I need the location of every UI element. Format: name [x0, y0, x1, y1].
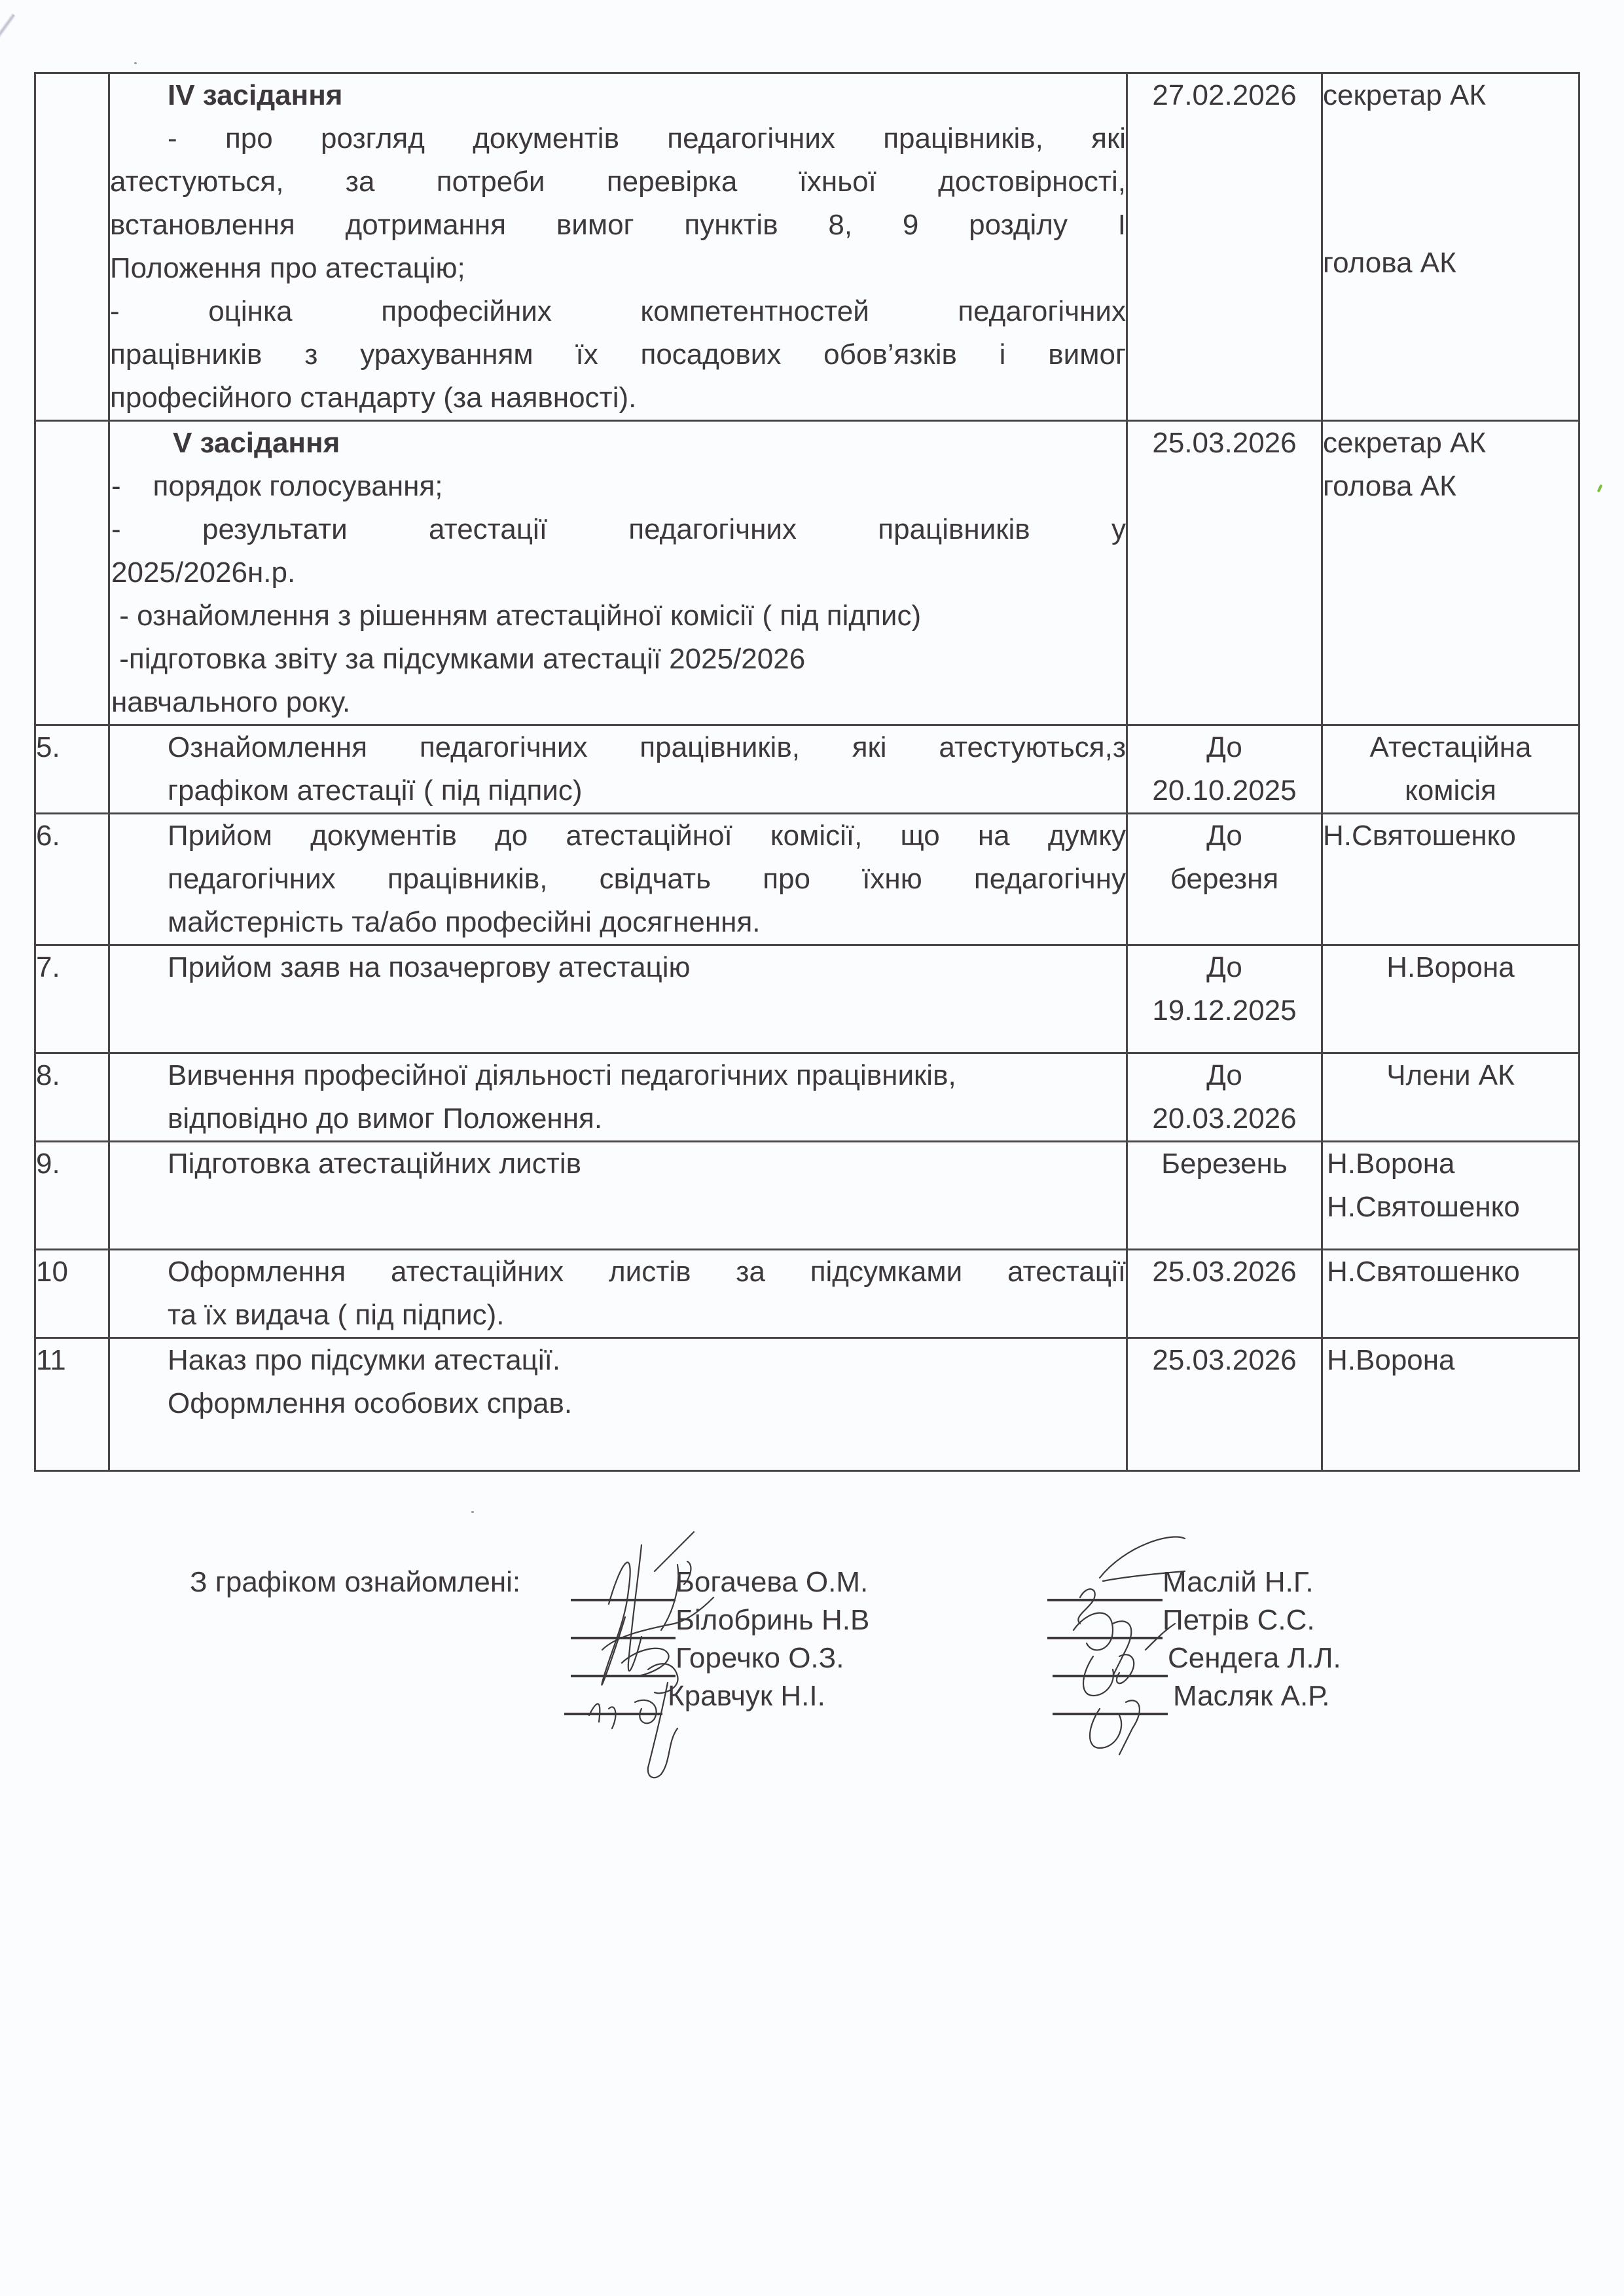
responsible-cell: секретар АК голова АК	[1322, 421, 1579, 725]
row-number: 5.	[35, 725, 109, 814]
signatory-name: Горечко О.З.	[676, 1639, 844, 1677]
date-cell: До березня	[1127, 814, 1322, 945]
task-line: професійного стандарту (за наявності).	[110, 376, 1126, 420]
signature-row: Масляк А.Р.	[1047, 1677, 1341, 1715]
signature-line	[1053, 1685, 1168, 1715]
meeting-title: IV засідання	[110, 74, 1126, 117]
signature-line	[564, 1685, 662, 1715]
responsible-name: комісія	[1323, 769, 1578, 812]
date-value: 25.03.2026	[1128, 1250, 1321, 1294]
task-line: Ознайомлення педагогічних працівників, я…	[110, 726, 1126, 769]
task-line: встановлення дотримання вимог пунктів 8,…	[110, 204, 1126, 247]
task-line: педагогічних працівників, свідчать про ї…	[110, 858, 1126, 901]
responsible-name: Н.Ворона	[1327, 1142, 1578, 1186]
signatory-name: Петрів С.С.	[1163, 1601, 1315, 1639]
row-number: 7.	[35, 945, 109, 1053]
date-value: До	[1128, 726, 1321, 769]
task-line: графіком атестації ( під підпис)	[110, 769, 1126, 812]
signature-line	[1047, 1609, 1163, 1639]
ink-mark	[1597, 484, 1603, 493]
date-value: 20.10.2025	[1128, 769, 1321, 812]
responsible-name: Н.Святошенко	[1327, 1186, 1578, 1229]
responsible-name: голова АК	[1323, 242, 1578, 285]
task-line: Прийом заяв на позачергову атестацію	[110, 946, 1126, 989]
signature-row: Богачева О.М.	[571, 1563, 869, 1601]
date-cell: 27.02.2026	[1127, 73, 1322, 421]
signature-row: Сендега Л.Л.	[1047, 1639, 1341, 1677]
signature-line	[571, 1647, 676, 1677]
task-cell: Вивчення професійної діяльності педагогі…	[109, 1053, 1127, 1142]
signatory-name: Богачева О.М.	[676, 1563, 868, 1601]
date-value: 27.02.2026	[1128, 74, 1321, 117]
date-value: До	[1128, 946, 1321, 989]
row-number: 6.	[35, 814, 109, 945]
signatures-left: Богачева О.М. Білобринь Н.В Горечко О.З.…	[571, 1563, 869, 1715]
signatory-name: Кравчук Н.І.	[668, 1677, 825, 1715]
responsible-name: секретар АК	[1323, 422, 1578, 465]
date-value: 25.03.2026	[1128, 422, 1321, 465]
signature-row: Петрів С.С.	[1047, 1601, 1341, 1639]
responsible-name: Н.Ворона	[1327, 1339, 1578, 1382]
task-line: Вивчення професійної діяльності педагогі…	[110, 1054, 1126, 1097]
task-line: майстерність та/або професійні досягненн…	[110, 901, 1126, 944]
task-cell: V засідання - порядок голосування; - рез…	[109, 421, 1127, 725]
acknowledgement-label: З графіком ознайомлені:	[190, 1563, 520, 1601]
task-cell: Ознайомлення педагогічних працівників, я…	[109, 725, 1127, 814]
task-cell: Оформлення атестаційних листів за підсум…	[109, 1250, 1127, 1338]
date-cell: До 20.10.2025	[1127, 725, 1322, 814]
date-value: березня	[1128, 858, 1321, 901]
signature-line	[571, 1571, 676, 1601]
responsible-name: Атестаційна	[1323, 726, 1578, 769]
table-row: 8. Вивчення професійної діяльності педаг…	[35, 1053, 1579, 1142]
date-value: Березень	[1128, 1142, 1321, 1186]
date-value: 25.03.2026	[1128, 1339, 1321, 1382]
row-number	[35, 73, 109, 421]
responsible-name: Члени АК	[1323, 1054, 1578, 1097]
meeting-title: V засідання	[111, 422, 1126, 465]
task-line: та їх видача ( під підпис).	[110, 1294, 1126, 1337]
task-line: Підготовка атестаційних листів	[110, 1142, 1126, 1186]
task-line: Оформлення особових справ.	[110, 1382, 1126, 1425]
task-cell: IV засідання - про розгляд документів пе…	[109, 73, 1127, 421]
task-cell: Прийом документів до атестаційної комісі…	[109, 814, 1127, 945]
task-line: Наказ про підсумки атестації.	[110, 1339, 1126, 1382]
signature-line	[1053, 1647, 1168, 1677]
attestation-plan-table: IV засідання - про розгляд документів пе…	[34, 72, 1580, 1472]
scan-speck	[471, 1511, 474, 1513]
task-line: - ознайомлення з рішенням атестаційної к…	[111, 594, 1126, 638]
responsible-name: Н.Святошенко	[1323, 814, 1578, 858]
signatory-name: Сендега Л.Л.	[1168, 1639, 1341, 1677]
signature-line	[1047, 1571, 1163, 1601]
date-cell: 25.03.2026	[1127, 421, 1322, 725]
task-line: 2025/2026н.р.	[111, 551, 1126, 594]
signatory-name: Маслій Н.Г.	[1163, 1563, 1314, 1601]
task-line: Оформлення атестаційних листів за підсум…	[110, 1250, 1126, 1294]
row-number	[35, 421, 109, 725]
signature-line	[571, 1609, 676, 1639]
table-row: 9. Підготовка атестаційних листів Березе…	[35, 1142, 1579, 1250]
responsible-cell: Н.Святошенко	[1322, 814, 1579, 945]
task-line: - результати атестації педагогічних прац…	[111, 508, 1126, 551]
responsible-cell: секретар АК голова АК	[1322, 73, 1579, 421]
paper-fold-mark	[0, 13, 16, 175]
table-row: 6. Прийом документів до атестаційної ком…	[35, 814, 1579, 945]
signature-row: Маслій Н.Г.	[1047, 1563, 1341, 1601]
responsible-cell: Н.Ворона	[1322, 1338, 1579, 1471]
table-row: V засідання - порядок голосування; - рез…	[35, 421, 1579, 725]
responsible-cell: Н.Ворона	[1322, 945, 1579, 1053]
table-row: 11 Наказ про підсумки атестації. Оформле…	[35, 1338, 1579, 1471]
row-number: 8.	[35, 1053, 109, 1142]
task-line: -підготовка звіту за підсумками атестаці…	[111, 638, 1126, 681]
task-line: - оцінка професійних компетентностей пед…	[110, 290, 1126, 333]
date-value: 19.12.2025	[1128, 989, 1321, 1032]
task-line: навчального року.	[111, 681, 1126, 724]
date-cell: 25.03.2026	[1127, 1338, 1322, 1471]
date-cell: До 19.12.2025	[1127, 945, 1322, 1053]
responsible-name: Н.Ворона	[1323, 946, 1578, 989]
task-line: атестуються, за потреби перевірка їхньої…	[110, 160, 1126, 204]
task-line: - порядок голосування;	[111, 465, 1126, 508]
table-row: 5. Ознайомлення педагогічних працівників…	[35, 725, 1579, 814]
responsible-name: Н.Святошенко	[1327, 1250, 1578, 1294]
responsible-cell: Атестаційна комісія	[1322, 725, 1579, 814]
task-line: працівників з урахуванням їх посадових о…	[110, 333, 1126, 376]
date-value: До	[1128, 1054, 1321, 1097]
signatory-name: Масляк А.Р.	[1173, 1677, 1329, 1715]
scan-speck	[134, 62, 137, 64]
task-line: - про розгляд документів педагогічних пр…	[110, 117, 1126, 160]
responsible-cell: Н.Ворона Н.Святошенко	[1322, 1142, 1579, 1250]
date-cell: До 20.03.2026	[1127, 1053, 1322, 1142]
task-cell: Наказ про підсумки атестації. Оформлення…	[109, 1338, 1127, 1471]
responsible-cell: Члени АК	[1322, 1053, 1579, 1142]
date-value: До	[1128, 814, 1321, 858]
responsible-name: секретар АК	[1323, 74, 1578, 117]
acknowledgement-section: З графіком ознайомлені: Богачева О.М. Бі…	[0, 1532, 1624, 1794]
row-number: 9.	[35, 1142, 109, 1250]
row-number: 10	[35, 1250, 109, 1338]
table-row: IV засідання - про розгляд документів пе…	[35, 73, 1579, 421]
date-value: 20.03.2026	[1128, 1097, 1321, 1140]
task-line: Положення про атестацію;	[110, 247, 1126, 290]
date-cell: 25.03.2026	[1127, 1250, 1322, 1338]
signature-row: Білобринь Н.В	[571, 1601, 869, 1639]
table-row: 10 Оформлення атестаційних листів за під…	[35, 1250, 1579, 1338]
signatures-right: Маслій Н.Г. Петрів С.С. Сендега Л.Л. Мас…	[1047, 1563, 1341, 1715]
table-row: 7. Прийом заяв на позачергову атестацію …	[35, 945, 1579, 1053]
task-cell: Підготовка атестаційних листів	[109, 1142, 1127, 1250]
row-number: 11	[35, 1338, 109, 1471]
signature-row: Горечко О.З.	[571, 1639, 869, 1677]
responsible-name: голова АК	[1323, 465, 1578, 508]
signatory-name: Білобринь Н.В	[676, 1601, 869, 1639]
signature-row: Кравчук Н.І.	[571, 1677, 869, 1715]
task-line: відповідно до вимог Положення.	[110, 1097, 1126, 1140]
task-cell: Прийом заяв на позачергову атестацію	[109, 945, 1127, 1053]
date-cell: Березень	[1127, 1142, 1322, 1250]
responsible-cell: Н.Святошенко	[1322, 1250, 1579, 1338]
task-line: Прийом документів до атестаційної комісі…	[110, 814, 1126, 858]
